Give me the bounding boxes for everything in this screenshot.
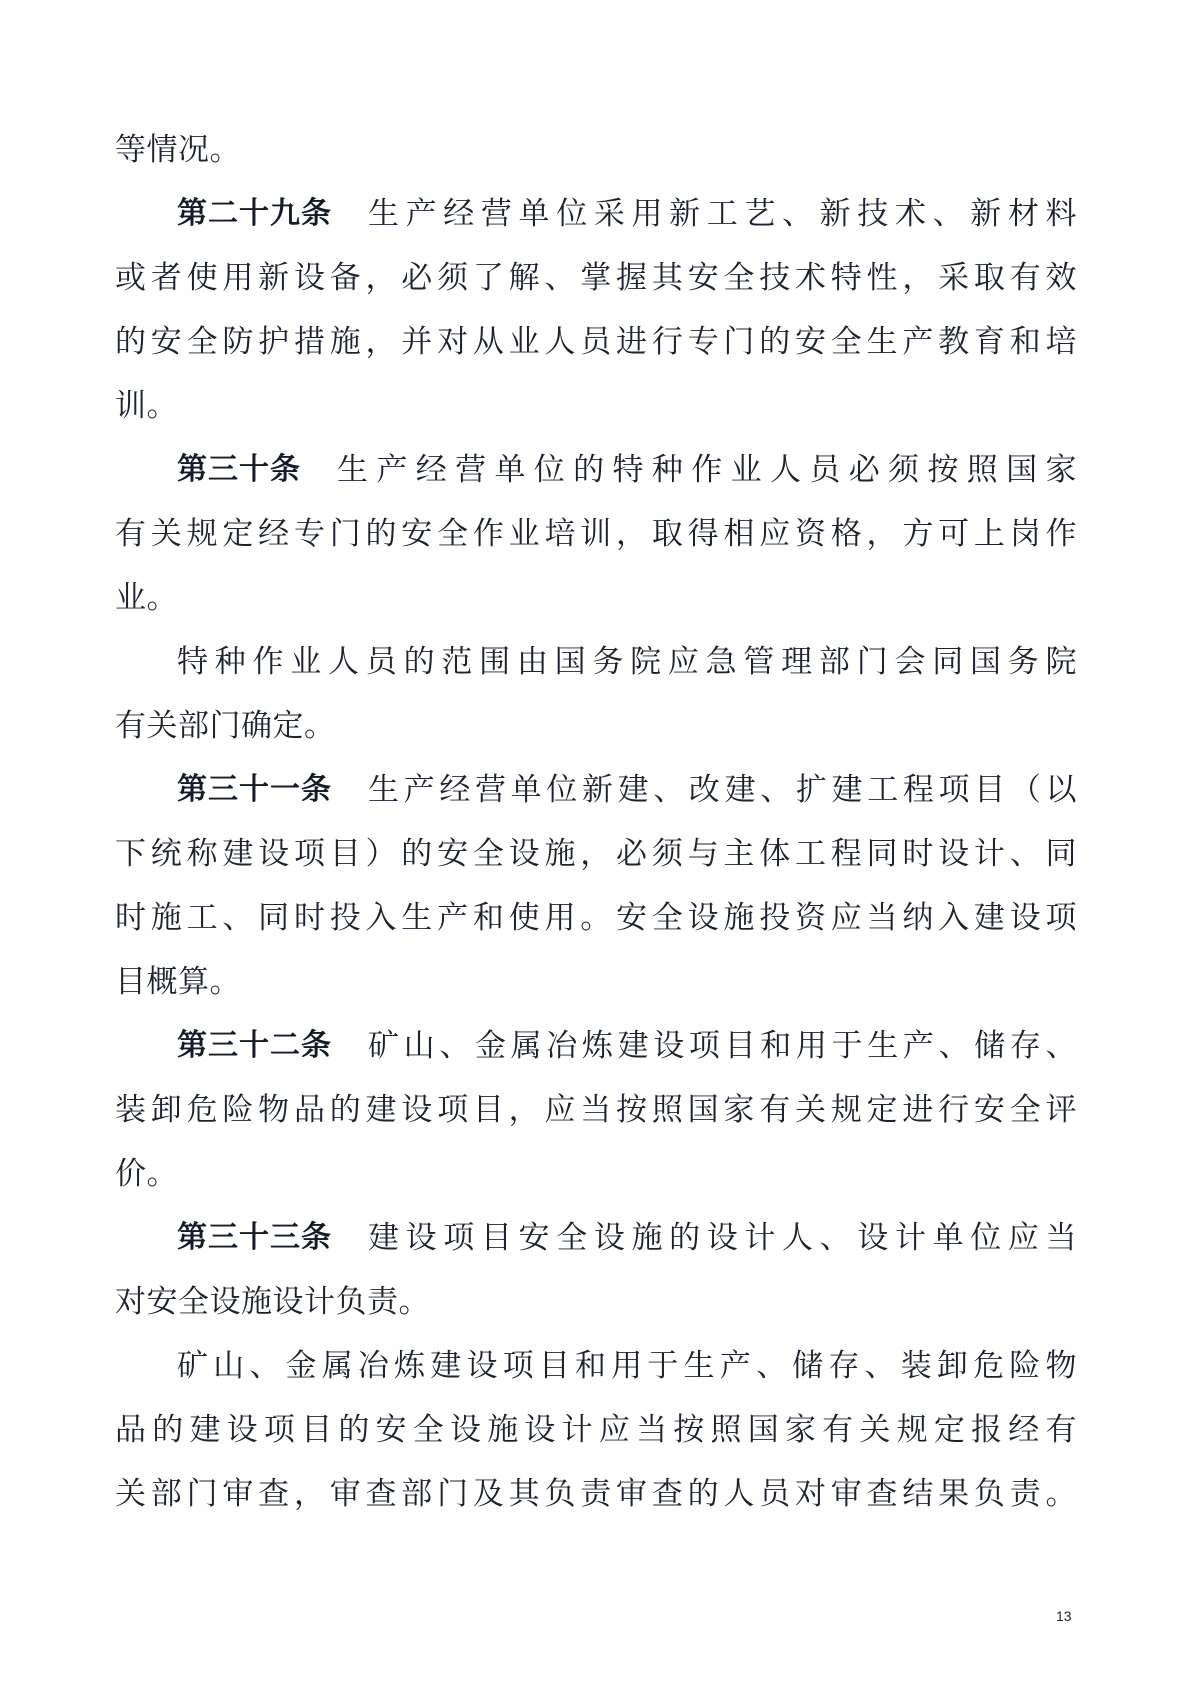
text-line: 有关规定经专门的安全作业培训，取得相应资格，方可上岗作: [115, 502, 1077, 566]
article-29-first-line: 第二十九条 生产经营单位采用新工艺、新技术、新材料: [115, 182, 1077, 246]
article-30-line: 有关规定经专门的安全作业培训，取得相应资格，方可上岗作: [115, 502, 1077, 566]
text-line: 生产经营单位的特种作业人员必须按照国家: [337, 438, 1077, 502]
article-label: 第三十一条: [177, 758, 332, 822]
text-line: 装卸危险物品的建设项目，应当按照国家有关规定进行安全评: [115, 1078, 1077, 1142]
text-line: 等情况。: [115, 118, 241, 182]
paragraph-line: 关部门审查，审查部门及其负责审查的人员对审查结果负责。: [115, 1462, 1077, 1526]
article-33-line: 对安全设施设计负责。: [115, 1270, 1077, 1334]
text-line: 价。: [115, 1142, 178, 1206]
text-line: 矿山、金属冶炼建设项目和用于生产、储存、装卸危险物: [177, 1334, 1077, 1398]
text-line: 的安全防护措施，并对从业人员进行专门的安全生产教育和培: [115, 310, 1077, 374]
paragraph-line: 品的建设项目的安全设施设计应当按照国家有关规定报经有: [115, 1398, 1077, 1462]
article-29-line: 或者使用新设备，必须了解、掌握其安全技术特性，采取有效: [115, 246, 1077, 310]
article-31-line: 时施工、同时投入生产和使用。安全设施投资应当纳入建设项: [115, 886, 1077, 950]
article-29-line: 训。: [115, 374, 1077, 438]
text-line: 建设项目安全设施的设计人、设计单位应当: [368, 1206, 1077, 1270]
article-32-line: 装卸危险物品的建设项目，应当按照国家有关规定进行安全评: [115, 1078, 1077, 1142]
article-31-first-line: 第三十一条 生产经营单位新建、改建、扩建工程项目（以: [115, 758, 1077, 822]
text-line: 或者使用新设备，必须了解、掌握其安全技术特性，采取有效: [115, 246, 1077, 310]
text-line: 品的建设项目的安全设施设计应当按照国家有关规定报经有: [115, 1398, 1077, 1462]
text-line: 矿山、金属冶炼建设项目和用于生产、储存、: [368, 1014, 1077, 1078]
text-line: 业。: [115, 566, 178, 630]
article-31-line: 下统称建设项目）的安全设施，必须与主体工程同时设计、同: [115, 822, 1077, 886]
text-line: 训。: [115, 374, 178, 438]
text-line: 下统称建设项目）的安全设施，必须与主体工程同时设计、同: [115, 822, 1077, 886]
paragraph-first-line: 特种作业人员的范围由国务院应急管理部门会同国务院: [115, 630, 1077, 694]
document-page: 等情况。 第二十九条 生产经营单位采用新工艺、新技术、新材料 或者使用新设备，必…: [115, 118, 1077, 1526]
page-number: 13: [1056, 1608, 1072, 1624]
paragraph-continuation: 等情况。: [115, 118, 1077, 182]
article-30-first-line: 第三十条 生产经营单位的特种作业人员必须按照国家: [115, 438, 1077, 502]
text-line: 关部门审查，审查部门及其负责审查的人员对审查结果负责。: [115, 1462, 1077, 1526]
article-label: 第二十九条: [177, 182, 332, 246]
text-line: 生产经营单位新建、改建、扩建工程项目（以: [368, 758, 1077, 822]
article-33-first-line: 第三十三条 建设项目安全设施的设计人、设计单位应当: [115, 1206, 1077, 1270]
article-label: 第三十三条: [177, 1206, 332, 1270]
text-line: 目概算。: [115, 950, 241, 1014]
article-32-first-line: 第三十二条 矿山、金属冶炼建设项目和用于生产、储存、: [115, 1014, 1077, 1078]
article-29-line: 的安全防护措施，并对从业人员进行专门的安全生产教育和培: [115, 310, 1077, 374]
text-line: 时施工、同时投入生产和使用。安全设施投资应当纳入建设项: [115, 886, 1077, 950]
text-line: 特种作业人员的范围由国务院应急管理部门会同国务院: [177, 630, 1077, 694]
article-label: 第三十条: [177, 438, 301, 502]
article-label: 第三十二条: [177, 1014, 332, 1078]
text-line: 对安全设施设计负责。: [115, 1270, 430, 1334]
article-32-line: 价。: [115, 1142, 1077, 1206]
article-31-line: 目概算。: [115, 950, 1077, 1014]
article-30-line: 业。: [115, 566, 1077, 630]
text-line: 有关部门确定。: [115, 694, 336, 758]
text-line: 生产经营单位采用新工艺、新技术、新材料: [368, 182, 1077, 246]
paragraph-line: 有关部门确定。: [115, 694, 1077, 758]
paragraph-first-line: 矿山、金属冶炼建设项目和用于生产、储存、装卸危险物: [115, 1334, 1077, 1398]
